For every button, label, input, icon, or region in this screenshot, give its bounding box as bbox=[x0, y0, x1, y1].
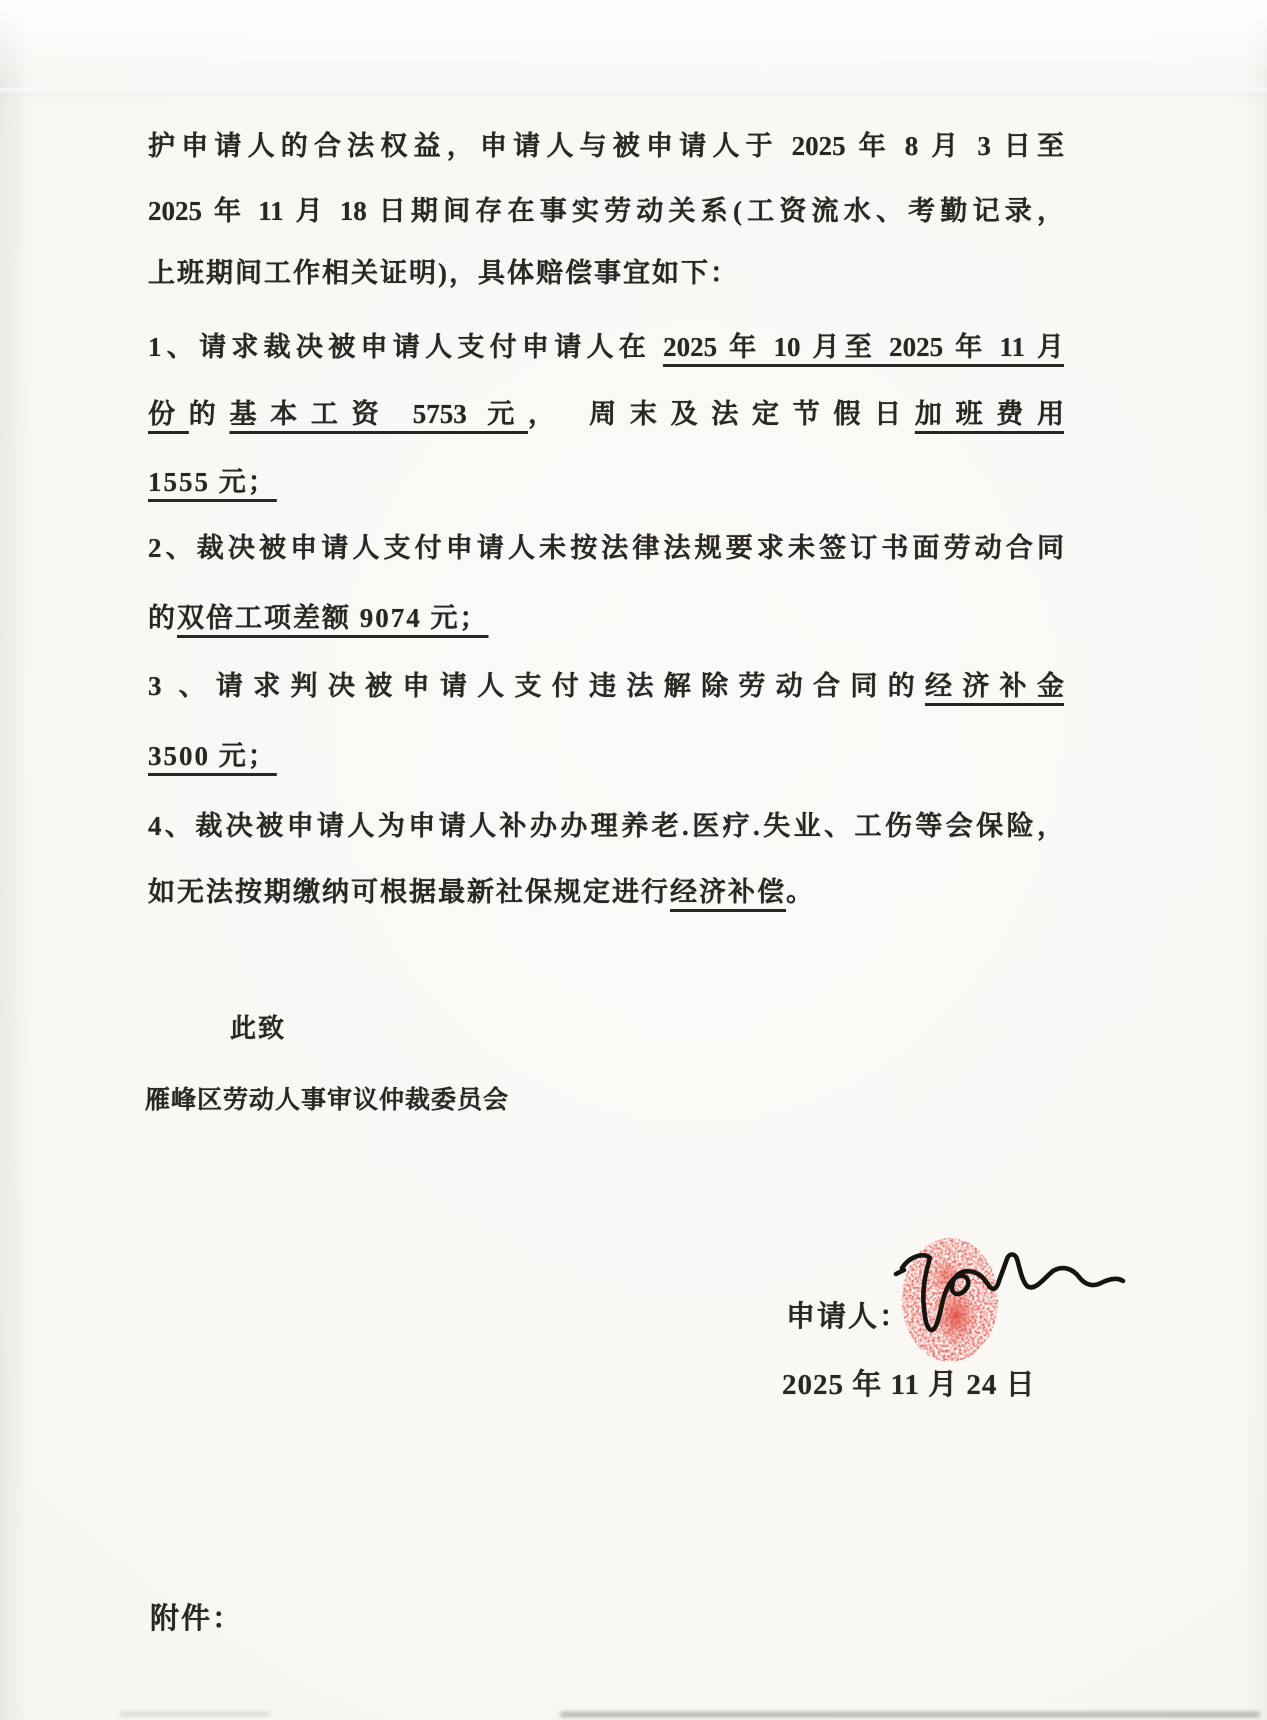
body-line-11-claim-4: 4、裁决被申请人为申请人补办办理养老.医疗.失业、工伤等会保险， bbox=[148, 804, 1064, 848]
signature-date: 2025 年 11 月 24 日 bbox=[782, 1362, 1036, 1403]
underlined-segment: 3500 元； bbox=[148, 741, 277, 771]
underlined-segment: 经济补金 bbox=[925, 671, 1064, 701]
document-page: 护申请人的合法权益，申请人与被申请人于 2025 年 8 月 3 日至 2025… bbox=[0, 0, 1267, 1720]
closing-salutation: 此致 bbox=[230, 1008, 286, 1045]
body-line-4-claim-1: 1、请求裁决被申请人支付申请人在 2025 年 10 月至 2025 年 11 … bbox=[148, 325, 1064, 369]
body-line-7-claim-2: 2、裁决被申请人支付申请人未按法律法规要求未签订书面劳动合同 bbox=[148, 526, 1064, 570]
body-line-1: 护申请人的合法权益，申请人与被申请人于 2025 年 8 月 3 日至 bbox=[148, 124, 1064, 168]
body-line-10: 3500 元； bbox=[148, 734, 1064, 778]
underlined-segment: 加班费用 bbox=[915, 399, 1064, 429]
underlined-segment: 份 bbox=[148, 399, 189, 429]
text-segment: 2025 年 11 月 18 日期间存在事实劳动关系(工资流水、考勤记录， bbox=[148, 196, 1064, 226]
text-segment: 2、裁决被申请人支付申请人未按法律法规要求未签订书面劳动合同 bbox=[148, 533, 1064, 563]
body-line-5: 份的基本工资 5753 元， 周末及法定节假日加班费用 bbox=[148, 392, 1064, 436]
signature-and-fingerprint bbox=[888, 1224, 1148, 1374]
text-segment: 护申请人的合法权益，申请人与被申请人于 2025 年 8 月 3 日至 bbox=[148, 131, 1064, 161]
paper-fold-shading bbox=[0, 88, 1267, 98]
text-segment: 1、请求裁决被申请人支付申请人在 bbox=[148, 332, 663, 362]
text-segment: 。 bbox=[786, 877, 815, 907]
body-line-6: 1555 元； bbox=[148, 460, 1064, 504]
underlined-segment: 双倍工项差额 9074 元； bbox=[177, 603, 489, 633]
text-segment: 的 bbox=[189, 399, 230, 429]
underlined-segment: 基本工资 5753 元 bbox=[229, 399, 528, 429]
arbitration-committee-name: 雁峰区劳动人事审议仲裁委员会 bbox=[145, 1080, 509, 1116]
text-segment: 如无法按期缴纳可根据最新社保规定进行 bbox=[148, 877, 670, 907]
body-line-2: 2025 年 11 月 18 日期间存在事实劳动关系(工资流水、考勤记录， bbox=[148, 189, 1064, 233]
attachments-label: 附件： bbox=[150, 1596, 243, 1637]
body-line-9-claim-3: 3 、请求判决被申请人支付违法解除劳动合同的经济补金 bbox=[148, 664, 1064, 708]
text-segment: 4、裁决被申请人为申请人补办办理养老.医疗.失业、工伤等会保险， bbox=[148, 811, 1064, 841]
text-segment: 3 、请求判决被申请人支付违法解除劳动合同的 bbox=[148, 671, 925, 701]
text-segment: 上班期间工作相关证明)，具体赔偿事宜如下： bbox=[148, 258, 739, 288]
underlined-segment: 经济补偿 bbox=[670, 877, 786, 907]
scan-edge-shadow-left bbox=[120, 1712, 270, 1716]
underlined-segment: 2025 年 10 月至 2025 年 11 月 bbox=[663, 332, 1064, 362]
body-line-8: 的双倍工项差额 9074 元； bbox=[148, 596, 1064, 640]
text-segment: ， 周末及法定节假日 bbox=[528, 399, 915, 429]
scan-edge-shadow bbox=[560, 1712, 1260, 1717]
body-line-3: 上班期间工作相关证明)，具体赔偿事宜如下： bbox=[148, 251, 1064, 295]
text-segment: 的 bbox=[148, 603, 177, 633]
body-line-12: 如无法按期缴纳可根据最新社保规定进行经济补偿。 bbox=[148, 870, 1064, 914]
underlined-segment: 1555 元； bbox=[148, 467, 277, 497]
